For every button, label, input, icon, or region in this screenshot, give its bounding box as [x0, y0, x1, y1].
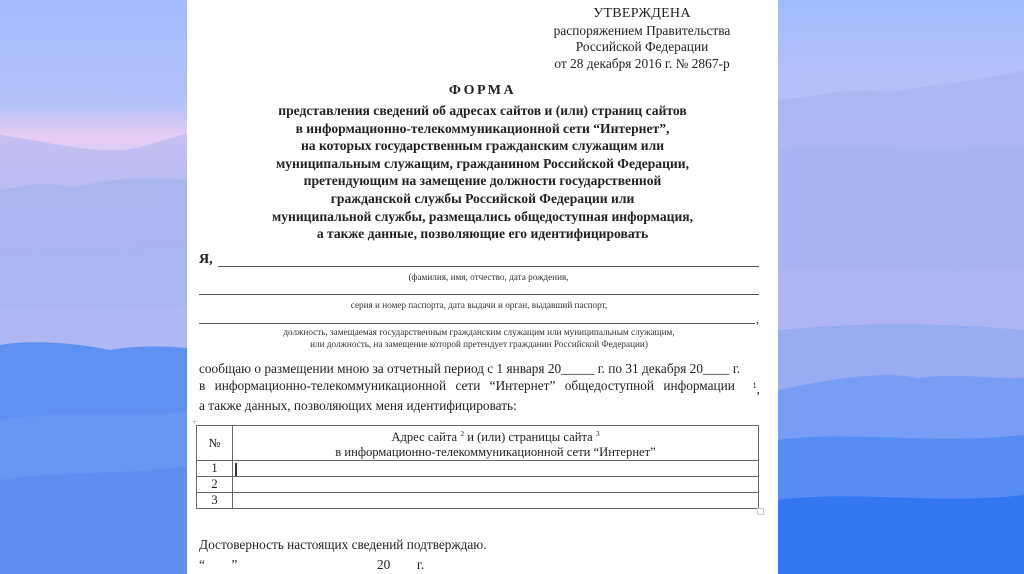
full-name-hint: (фамилия, имя, отчество, дата рождения, — [218, 271, 759, 283]
date-year: 20 — [377, 557, 390, 572]
address-cell[interactable] — [233, 461, 759, 477]
statement-line2-text: в информационно-телекоммуникационной сет… — [199, 377, 735, 397]
subtitle-line: претендующим на замещение должности госу… — [217, 172, 748, 190]
address-cell[interactable] — [233, 477, 759, 493]
column-header-address: Адрес сайта 2 и (или) страницы сайта 3 в… — [233, 426, 759, 461]
position-hint: должность, замещаемая государственным гр… — [199, 326, 759, 350]
row-number: 3 — [197, 493, 233, 509]
background-mountains-left — [0, 0, 187, 574]
subtitle-line: на которых государственным гражданским с… — [217, 137, 748, 155]
subtitle-line: а также данные, позволяющие его идентифи… — [217, 225, 748, 243]
address-header-line2: в информационно-телекоммуникационной сет… — [233, 445, 758, 460]
declarant-prefix: Я, — [199, 252, 213, 268]
approved-by-country: Российской Федерации — [527, 39, 757, 56]
subtitle-line: муниципальным служащим, гражданином Росс… — [217, 155, 748, 173]
subtitle-line: муниципальной службы, размещались общедо… — [217, 208, 748, 226]
form-title: ФОРМА — [187, 83, 778, 99]
approved-label: УТВЕРЖДЕНА — [527, 6, 757, 23]
position-comma: , — [756, 312, 759, 327]
statement-line3: а также данных, позволяющих меня идентиф… — [199, 397, 760, 414]
date-open-quote: “ — [199, 557, 205, 572]
approved-date: от 28 декабря 2016 г. № 2867-р — [527, 56, 757, 73]
date-suffix: г. — [417, 557, 424, 572]
position-field[interactable] — [199, 323, 755, 324]
row-number: 1 — [197, 461, 233, 477]
address-cell[interactable] — [233, 493, 759, 509]
passport-hint: серия и номер паспорта, дата выдачи и ор… — [199, 299, 759, 311]
footnote-2: 2 — [460, 429, 464, 438]
signature-date: “ ” 20 г. — [199, 557, 424, 573]
approval-block: УТВЕРЖДЕНА распоряжением Правительства Р… — [527, 6, 757, 72]
approved-by: распоряжением Правительства — [527, 23, 757, 40]
position-hint-line1: должность, замещаемая государственным гр… — [199, 326, 759, 338]
form-subtitle: представления сведений об адресах сайтов… — [217, 102, 748, 243]
statement-line2: в информационно-телекоммуникационной сет… — [199, 377, 760, 397]
table-resize-handle[interactable] — [757, 508, 764, 515]
footnote-3: 3 — [596, 429, 600, 438]
background-mountains-right — [778, 0, 1024, 574]
document-page: УТВЕРЖДЕНА распоряжением Правительства Р… — [187, 0, 778, 574]
date-close-quote: ” — [232, 557, 238, 572]
address-header-part2: и (или) страницы сайта — [467, 430, 592, 444]
subtitle-line: в информационно-телекоммуникационной сет… — [217, 120, 748, 138]
position-hint-line2: или должность, на замещение которой прет… — [199, 338, 759, 350]
table-row: 1 — [197, 461, 759, 477]
text-cursor — [235, 463, 237, 476]
statement-line2-end: , — [757, 381, 760, 396]
table-row: 3 — [197, 493, 759, 509]
table-row: 2 — [197, 477, 759, 493]
sites-table: № Адрес сайта 2 и (или) страницы сайта 3… — [196, 425, 759, 509]
column-header-number: № — [197, 426, 233, 461]
subtitle-line: представления сведений об адресах сайтов… — [217, 102, 748, 120]
full-name-field[interactable] — [218, 266, 759, 267]
statement-paragraph: сообщаю о размещении мною за отчетный пе… — [199, 360, 760, 414]
row-number: 2 — [197, 477, 233, 493]
address-header-part1: Адрес сайта — [391, 430, 457, 444]
passport-field[interactable] — [199, 294, 759, 295]
statement-line1: сообщаю о размещении мною за отчетный пе… — [199, 360, 760, 377]
subtitle-line: гражданской службы Российской Федерации … — [217, 190, 748, 208]
confirmation-text: Достоверность настоящих сведений подтвер… — [199, 537, 487, 553]
